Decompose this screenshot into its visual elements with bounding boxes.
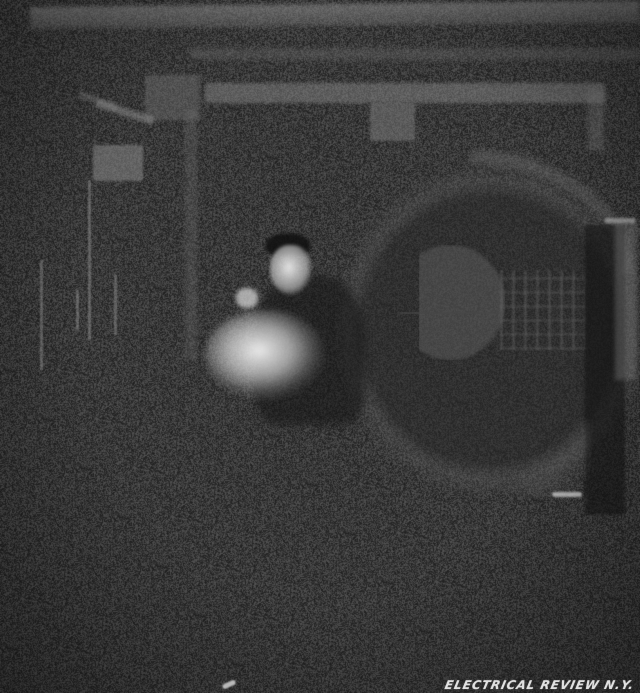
vignette [0,0,640,693]
photo-caption: ELECTRICAL REVIEW N.Y. [443,678,635,692]
photograph: ELECTRICAL REVIEW N.Y. [0,0,640,693]
